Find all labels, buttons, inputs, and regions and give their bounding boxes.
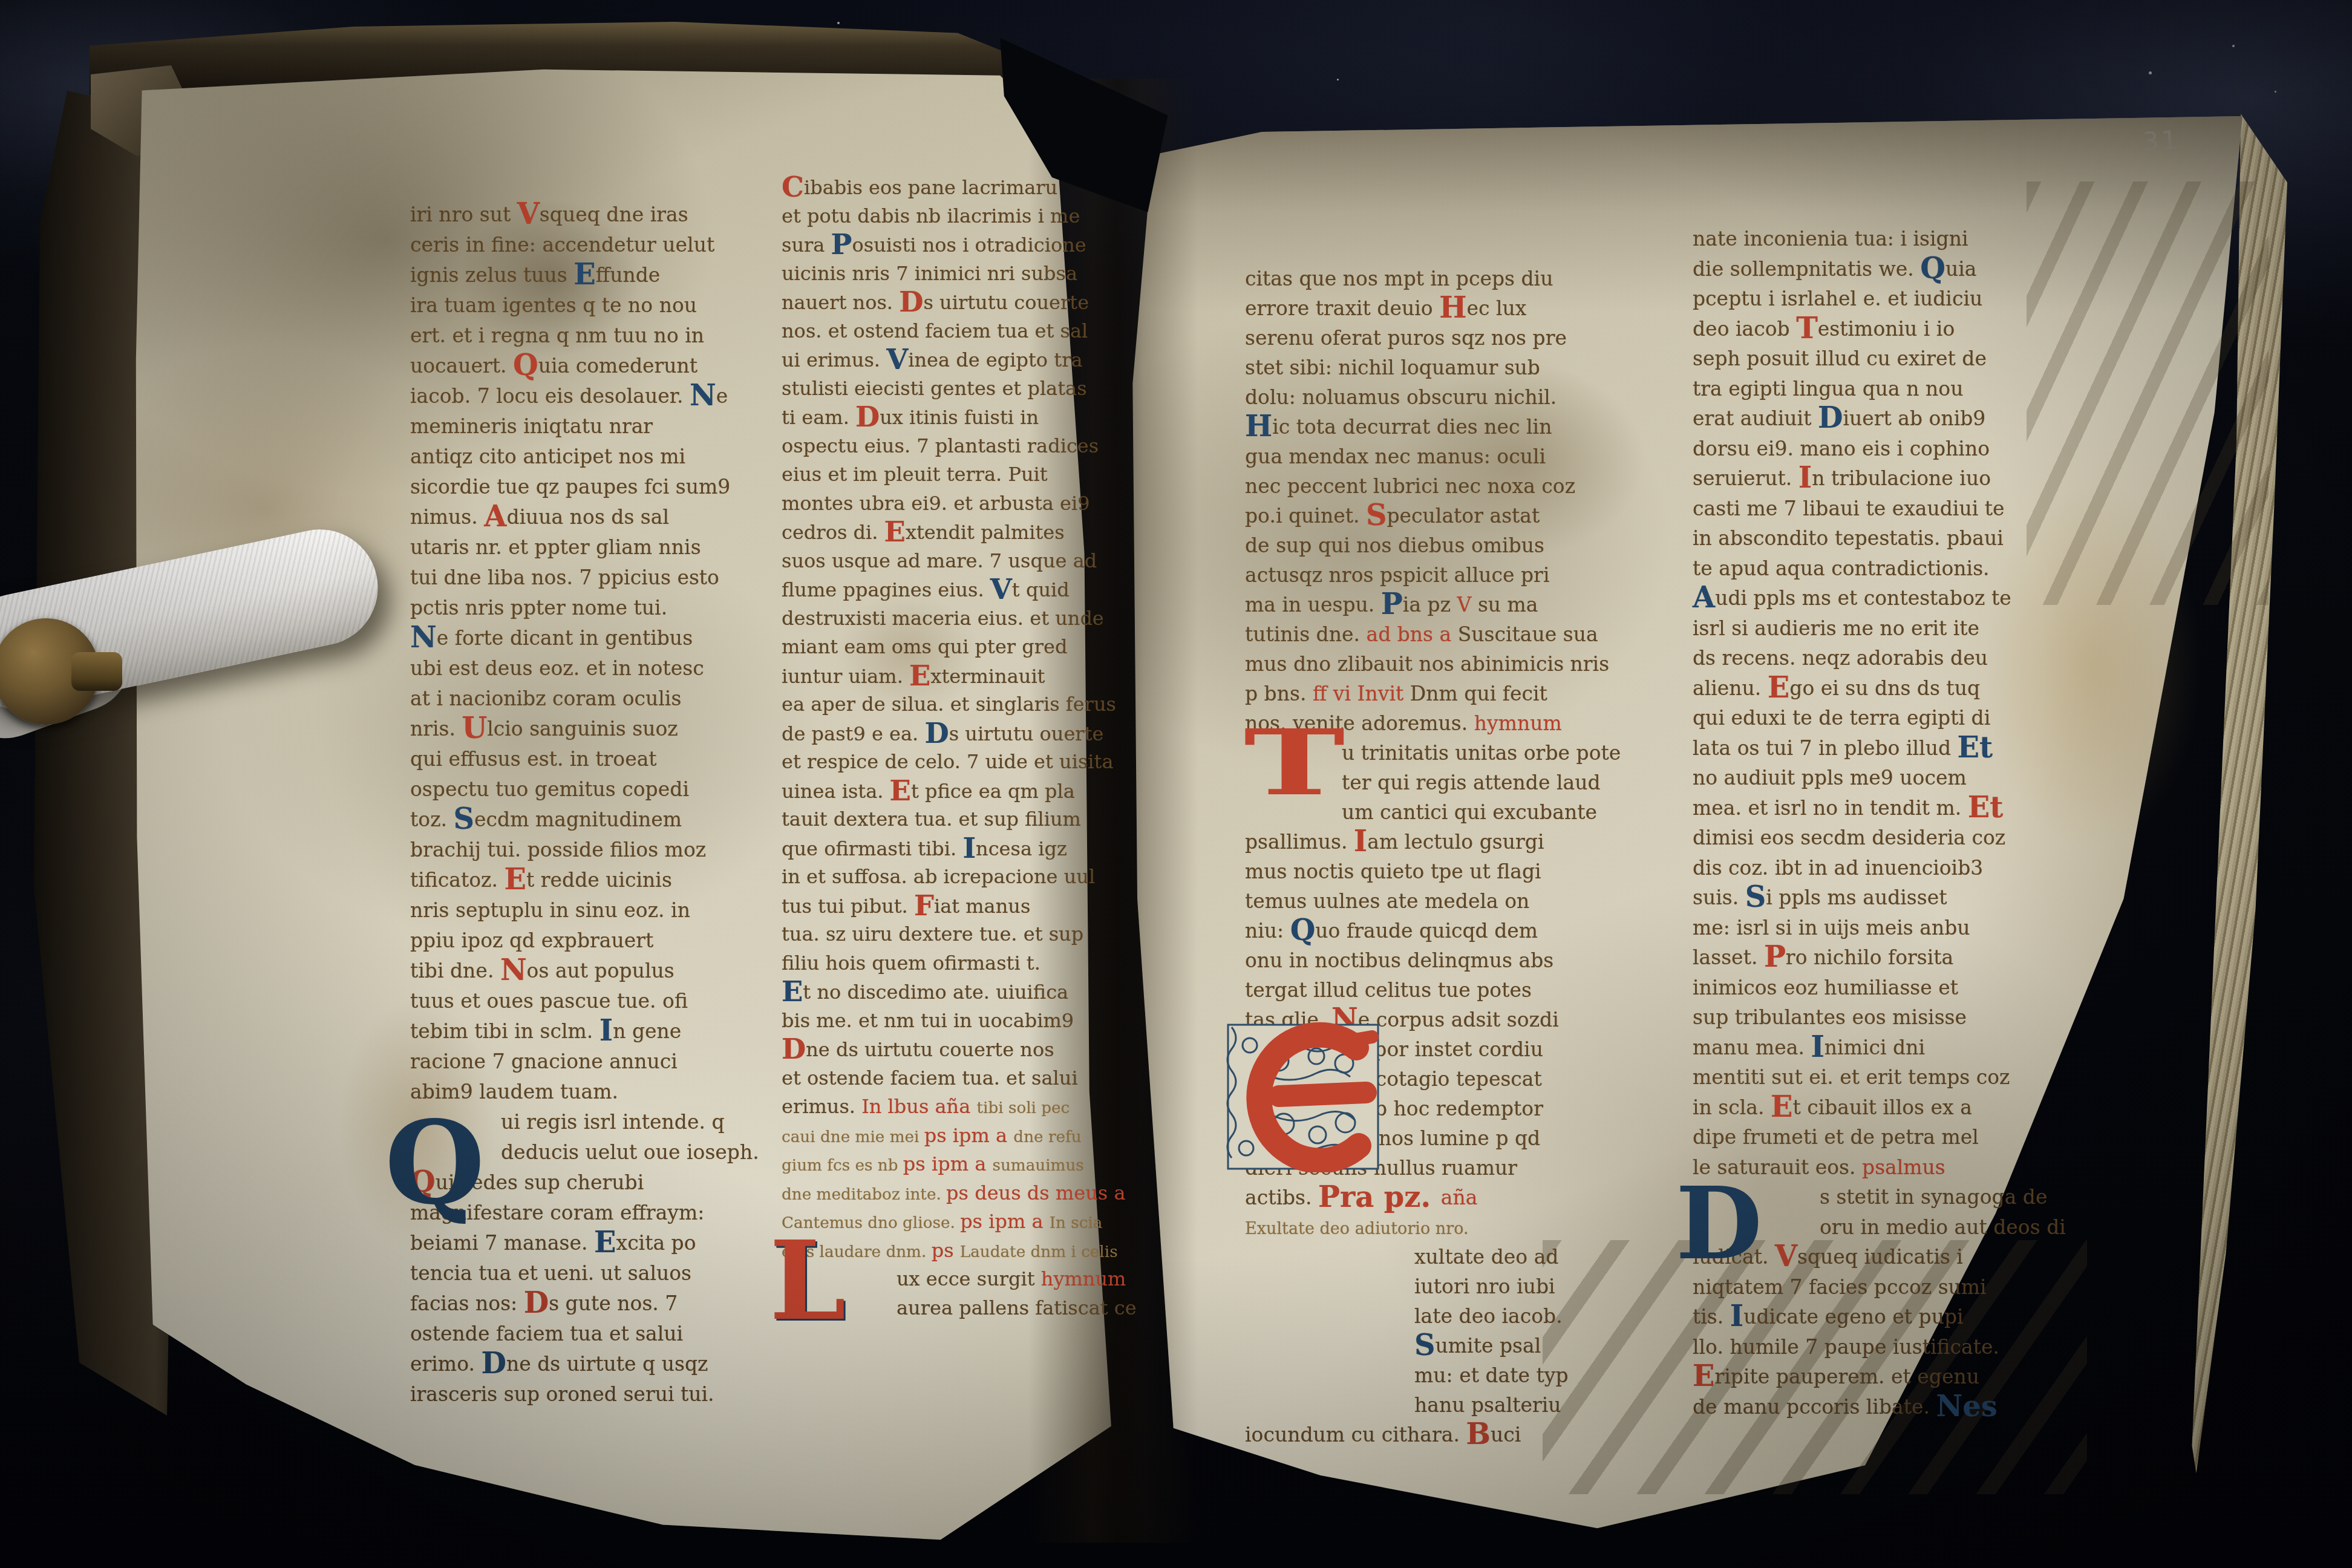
blue-initial-text: I xyxy=(599,1014,613,1048)
rubric-text: E xyxy=(909,659,930,692)
ink-text: xtendit palmites xyxy=(906,521,1065,544)
ink-text: nec peccent lubrici nec noxa coz xyxy=(1245,474,1575,498)
ink-text: go ei su dns ds tuq xyxy=(1789,676,1980,700)
ink-text: ubi est deus eoz. et in notesc xyxy=(410,656,704,680)
ink-text: ira tuam igentes q te no nou xyxy=(410,293,697,317)
manuscript-text-line: nauert nos. Ds uirtutu couerte xyxy=(782,288,1137,317)
rubric-text: F xyxy=(914,889,934,922)
blue-initial-text: A xyxy=(1693,581,1715,615)
manuscript-text-line: tencia tua et ueni. ut saluos xyxy=(410,1258,759,1289)
ink-text: cedros di. xyxy=(782,521,884,544)
manuscript-text-line: casti me 7 libaui te exaudiui te xyxy=(1693,494,2066,524)
ink-text: lata os tui 7 in plebo illud xyxy=(1693,736,1958,760)
blue-initial-text: Q xyxy=(1290,913,1316,947)
manuscript-text-line: nimus. Adiuua nos ds sal xyxy=(410,502,759,532)
manuscript-text-line: pctis nris ppter nome tui. xyxy=(410,593,759,623)
ink-text: in abscondito tepestatis. pbaui xyxy=(1693,526,2004,550)
rubric-text: P xyxy=(1764,940,1786,974)
blue-initial-text: Q xyxy=(1920,251,1945,285)
ink-text: um cantici qui excubante xyxy=(1342,800,1597,824)
ink-text: sumauimus xyxy=(992,1157,1083,1175)
manuscript-text-line: stet sibi: nichil loquamur sub xyxy=(1245,353,1621,382)
manuscript-text-line: at i nacionibz coram oculis xyxy=(410,684,759,714)
ink-text: qui eduxi te de terra egipti di xyxy=(1693,706,1990,730)
ink-text: peculator astat xyxy=(1387,504,1540,528)
ink-text: nauert nos. xyxy=(782,291,899,314)
rubric-text: E xyxy=(504,863,526,897)
ink-text: hanu psalteriu xyxy=(1414,1393,1561,1417)
manuscript-text-line: Sumite psal xyxy=(1245,1331,1621,1361)
manuscript-text-line: inimicos eoz humiliasse et xyxy=(1693,973,2066,1003)
manuscript-text-line: stulisti eiecisti gentes et platas xyxy=(782,374,1137,403)
ink-text: lcio sanguinis suoz xyxy=(487,717,678,740)
ink-text: montes ubra ei9. et arbusta ei9 xyxy=(782,492,1090,515)
rubric-text: E xyxy=(1768,670,1789,704)
manuscript-text-line: tis. Iudicate egeno et pupi xyxy=(1693,1302,2066,1332)
ink-text: me: isrl si in uijs meis anbu xyxy=(1693,916,1970,939)
manuscript-text-line: uicinis nris 7 inimici nri subsa xyxy=(782,260,1137,289)
manuscript-text-line: onu in noctibus delinqmus abs xyxy=(1245,946,1621,975)
ink-text: die sollempnitatis we. xyxy=(1693,257,1920,281)
manuscript-text-line: flume ppagines eius. Vt quid xyxy=(782,575,1137,604)
manuscript-text-line: tui dne liba nos. 7 ppicius esto xyxy=(410,563,759,593)
manuscript-text-line: Et no discedimo ate. uiuifica xyxy=(782,978,1137,1007)
ink-text: po.i quinet. xyxy=(1245,504,1366,528)
ink-text: mentiti sut ei. et erit temps coz xyxy=(1693,1065,2010,1089)
rubric-text: V xyxy=(517,197,540,231)
ink-text: p bns. xyxy=(1245,682,1313,705)
rubric-text: V xyxy=(1457,593,1478,616)
manuscript-text-line: mentiti sut ei. et erit temps coz xyxy=(1693,1062,2066,1093)
manuscript-text-line: citas que nos mpt in pceps diu xyxy=(1245,264,1621,293)
ink-text: t redde uicinis xyxy=(526,868,672,892)
ink-text: squeq dne iras xyxy=(540,203,688,226)
pencil-folio-number: 31 xyxy=(2141,125,2181,157)
ink-text: sup tribulantes eos misisse xyxy=(1693,1005,1967,1029)
blue-initial-text: S xyxy=(454,802,475,836)
rubric-text: ps deus ds meus a xyxy=(946,1181,1125,1204)
ink-text: nos. et ostend faciem tua et sal xyxy=(782,319,1088,342)
ink-text: suis. xyxy=(1693,886,1745,909)
ink-text: llo. humile 7 paupe iustificate. xyxy=(1693,1335,1999,1359)
manuscript-text-line: dis coz. ibt in ad inuencioib3 xyxy=(1693,853,2066,883)
ink-text: s stetit in synagoga de xyxy=(1820,1185,2047,1209)
blue-initial-text: D xyxy=(1818,401,1843,435)
ink-text: iat manus xyxy=(934,895,1030,918)
manuscript-text-line: bis me. et nm tui in uocabim9 xyxy=(782,1007,1137,1036)
manuscript-text-line: racione 7 gnacione annuci xyxy=(410,1047,759,1077)
ink-text: niu: xyxy=(1245,919,1290,942)
ink-text: de sup qui nos diebus omibus xyxy=(1245,534,1544,557)
rubric-text: H xyxy=(1439,291,1466,325)
manuscript-text-line: xultate deo ad xyxy=(1245,1242,1621,1272)
ink-text: et respice de celo. 7 uide et uisita xyxy=(782,750,1113,773)
manuscript-text-line: ignis zelus tuus Effunde xyxy=(410,260,759,290)
ink-text: mus noctis quieto tpe ut flagi xyxy=(1245,860,1541,883)
manuscript-text-line: gua mendax nec manus: oculi xyxy=(1245,442,1621,471)
ink-text: casti me 7 libaui te exaudiui te xyxy=(1693,497,2005,520)
left-page-column-2: Cibabis eos pane lacrimaruet potu dabis … xyxy=(782,173,1137,1322)
manuscript-text-line: uocauert. Quia comederunt xyxy=(410,351,759,381)
ink-text: nris. xyxy=(410,717,462,740)
manuscript-text-line: pceptu i isrlahel e. et iudiciu xyxy=(1693,284,2066,314)
manuscript-text-line: lata os tui 7 in plebo illud Et xyxy=(1693,733,2066,763)
blue-initial-text: N xyxy=(410,621,437,655)
ink-text: utaris nr. et ppter gliam nnis xyxy=(410,535,701,559)
blue-initial-text: V xyxy=(886,342,908,376)
ink-text: alienu. xyxy=(1693,676,1768,700)
blue-initial-text: P xyxy=(831,227,852,261)
manuscript-text-line: nris. Ulcio sanguinis suoz xyxy=(410,714,759,744)
ink-text: ospectu eius. 7 plantasti radices xyxy=(782,434,1099,457)
manuscript-text-line: uinea ista. Et pfice ea qm pla xyxy=(782,777,1137,806)
rubric-text: aña xyxy=(1441,1186,1478,1209)
dust-speck xyxy=(837,22,840,24)
ink-text: uia xyxy=(1945,257,1976,281)
rubric-text: B xyxy=(1466,1417,1490,1451)
ink-text: miant eam oms qui pter gred xyxy=(782,635,1067,658)
ink-text: t quid xyxy=(1012,578,1070,601)
rubric-text: ad bns a xyxy=(1366,622,1457,646)
ink-text: in scla. xyxy=(1693,1096,1771,1119)
rubric-text: In lbus aña xyxy=(861,1095,976,1118)
ink-text: ic tota decurrat dies nec lin xyxy=(1272,415,1552,439)
ink-text: deo iacob xyxy=(1693,317,1796,341)
blue-initial-text: H xyxy=(1245,410,1272,443)
ink-text: ostende faciem tua et salui xyxy=(410,1322,683,1345)
ink-text: caui dne mie mei xyxy=(782,1128,924,1146)
manuscript-text-line: montes ubra ei9. et arbusta ei9 xyxy=(782,489,1137,518)
rubric-text: ff vi Invit xyxy=(1313,682,1410,705)
ink-text: seph posuit illud cu exiret de xyxy=(1693,347,1987,370)
ink-text: actusqz nros pspicit alluce pri xyxy=(1245,563,1549,587)
ink-text: de manu pccoris libate. xyxy=(1693,1395,1936,1419)
ink-text: Laudate dnm i celis xyxy=(960,1243,1118,1261)
ink-text: filiu hois quem ofirmasti t. xyxy=(782,952,1040,975)
ink-text: tra egipti lingua qua n nou xyxy=(1693,377,1963,400)
ink-text: ppiu ipoz qd expbrauert xyxy=(410,929,653,952)
manuscript-text-line: psallimus. Iam lectulo gsurgi xyxy=(1245,827,1621,857)
ink-text: lasset. xyxy=(1693,946,1764,969)
ink-text: dimisi eos secdm desideria coz xyxy=(1693,826,2005,849)
manuscript-text-line: Hic tota decurrat dies nec lin xyxy=(1245,412,1621,442)
ink-text: actibs. xyxy=(1245,1186,1318,1209)
ink-text: late deo iacob. xyxy=(1414,1304,1563,1328)
blue-initial-text: S xyxy=(1745,880,1766,914)
manuscript-text-line: facias nos: Ds gute nos. 7 xyxy=(410,1289,759,1319)
manuscript-text-line: deo iacob Testimoniu i io xyxy=(1693,314,2066,344)
ink-text: seruierut. xyxy=(1693,466,1798,490)
ink-text: ospectu tuo gemitus copedi xyxy=(410,777,689,801)
rubric-text: E xyxy=(890,774,911,807)
ink-text: in et suffosa. ab icrepacione uul xyxy=(782,865,1095,888)
ink-text: uci xyxy=(1491,1423,1521,1446)
ink-text: destruxisti maceria eius. et unde xyxy=(782,607,1104,630)
manuscript-text-line: die sollempnitatis we. Quia xyxy=(1693,254,2066,284)
ink-text: uocauert. xyxy=(410,354,513,377)
manuscript-text-line: erimo. Dne ds uirtute q usqz xyxy=(410,1349,759,1379)
manuscript-text-line: ea aper de silua. et singlaris ferus xyxy=(782,690,1137,719)
rubric-text: E xyxy=(884,515,906,548)
rubric-text: psalmus xyxy=(1862,1155,1945,1179)
ink-text: e forte dicant in gentibus xyxy=(437,626,693,650)
manuscript-text-line: memineris iniqtatu nrar xyxy=(410,411,759,442)
ink-text: udi ppls ms et contestaboz te xyxy=(1715,586,2011,610)
blue-initial-text: V xyxy=(990,572,1012,606)
manuscript-text-line: tificatoz. Et redde uicinis xyxy=(410,865,759,895)
rubric-text: A xyxy=(484,500,506,534)
manuscript-text-line: Dne ds uirtutu couerte nos xyxy=(782,1035,1137,1064)
manuscript-text-line: mea. et isrl no in tendit m. Et xyxy=(1693,793,2066,823)
ink-text: tus tui pibut. xyxy=(782,895,914,918)
ink-text: tibi soli pec xyxy=(976,1099,1070,1117)
ink-text: ds recens. neqz adorabis deu xyxy=(1693,646,1988,670)
ink-text: dis coz. ibt in ad inuencioib3 xyxy=(1693,856,1983,880)
ink-text: qui effusus est. in troeat xyxy=(410,747,657,771)
manuscript-text-line: destruxisti maceria eius. et unde xyxy=(782,604,1137,633)
rubric-text: E xyxy=(1771,1089,1792,1123)
manuscript-text-line: actusqz nros pspicit alluce pri xyxy=(1245,560,1621,590)
ink-text: iuntur uiam. xyxy=(782,665,909,688)
ink-text: nimus. xyxy=(410,505,484,529)
manuscript-text-line: ui erimus. Vinea de egipto tra xyxy=(782,345,1137,374)
rubric-text: hymnum xyxy=(1041,1267,1126,1290)
ink-text: iuert ab onib9 xyxy=(1843,407,1985,430)
manuscript-text-line: ds recens. neqz adorabis deu xyxy=(1693,643,2066,673)
blue-initial-text: Nes xyxy=(1936,1389,1998,1423)
rubric-text: Q xyxy=(513,348,538,382)
ink-text: ui erimus. xyxy=(782,348,886,371)
large-red-initial-T: T xyxy=(1244,717,1345,808)
ink-text: aurea pallens fatiscat ce xyxy=(897,1296,1137,1319)
ink-text: t pfice ea qm pla xyxy=(911,780,1075,803)
manuscript-text-line: iri nro sut Vsqueq dne iras xyxy=(410,200,759,230)
manuscript-text-line: no audiuit ppls me9 uocem xyxy=(1693,763,2066,793)
blue-initial-text: I xyxy=(1811,1030,1824,1063)
ink-text: dne meditaboz inte. xyxy=(782,1186,946,1204)
ink-text: deducis uelut oue ioseph. xyxy=(501,1140,759,1164)
manuscript-text-line: erimus. In lbus aña tibi soli pec xyxy=(782,1093,1137,1122)
dust-speck xyxy=(2232,45,2235,47)
ink-text: tauit dextera tua. et sup filium xyxy=(782,808,1081,831)
ink-text: ux itinis fuisti in xyxy=(880,406,1039,429)
manuscript-text-line: tutinis dne. ad bns a Suscitaue sua xyxy=(1245,619,1621,649)
rubric-text: hymnum xyxy=(1474,711,1562,735)
blue-initial-text: D xyxy=(924,716,949,750)
ink-text: squeq iudicatis i xyxy=(1797,1245,1963,1269)
ink-text: Dnm qui fecit xyxy=(1410,682,1547,705)
ink-text: toz. xyxy=(410,808,454,831)
rubric-text: S xyxy=(1366,498,1387,532)
ink-text: erimus. xyxy=(782,1095,861,1118)
manuscript-text-line: cedros di. Extendit palmites xyxy=(782,518,1137,547)
manuscript-text-line: gium fcs es nb ps ipm a sumauimus xyxy=(782,1150,1137,1179)
ink-text: tebim tibi in sclm. xyxy=(410,1019,599,1043)
ink-text: stulisti eiecisti gentes et platas xyxy=(782,377,1087,400)
ink-text: eius et im pleuit terra. Puit xyxy=(782,463,1048,486)
rubric-text: I xyxy=(1798,461,1812,495)
manuscript-text-line: ma in uespu. Pia pz V su ma xyxy=(1245,590,1621,619)
ink-text: iutori nro iubi xyxy=(1414,1275,1555,1298)
ink-text: n gene xyxy=(613,1019,681,1043)
blue-initial-text: N xyxy=(690,379,716,413)
rubric-text: Pra pz. xyxy=(1318,1180,1441,1214)
ink-text: erimo. xyxy=(410,1352,481,1376)
manuscript-text-line: mus dno zlibauit nos abinimicis nris xyxy=(1245,649,1621,679)
manuscript-text-line: mu: et date typ xyxy=(1245,1361,1621,1390)
manuscript-text-line: tra egipti lingua qua n nou xyxy=(1693,374,2066,404)
manuscript-text-line: iocundum cu cithara. Buci xyxy=(1245,1420,1621,1449)
ink-text: ignis zelus tuus xyxy=(410,263,573,287)
manuscript-text-line: suis. Si ppls ms audisset xyxy=(1693,883,2066,913)
manuscript-text-line: temus uulnes ate medela on xyxy=(1245,886,1621,916)
ink-text: udicate egeno et pupi xyxy=(1743,1305,1964,1328)
manuscript-text-line: tua. sz uiru dextere tue. et sup xyxy=(782,920,1137,949)
blue-initial-text: S xyxy=(1414,1328,1436,1362)
manuscript-text-line: nate inconienia tua: i isigni xyxy=(1693,224,2066,254)
ink-text: gua mendax nec manus: oculi xyxy=(1245,445,1546,468)
ink-text: tergat illud celitus tue potes xyxy=(1245,978,1532,1002)
right-page-column-1: citas que nos mpt in pceps diuerrore tra… xyxy=(1245,264,1621,1449)
ink-text: sicordie tue qz paupes fci sum9 xyxy=(410,475,730,498)
ink-text: ffunde xyxy=(596,263,661,287)
brass-knob-stem xyxy=(71,652,122,691)
manuscript-text-line: ppiu ipoz qd expbrauert xyxy=(410,926,759,956)
ink-text: umite psal xyxy=(1436,1334,1541,1357)
manuscript-text-line: in et suffosa. ab icrepacione uul xyxy=(782,863,1137,892)
blue-initial-text: E xyxy=(573,258,595,292)
manuscript-text-line: mus noctis quieto tpe ut flagi xyxy=(1245,857,1621,886)
ink-text: nate inconienia tua: i isigni xyxy=(1693,227,1968,250)
manuscript-text-line: hanu psalteriu xyxy=(1245,1390,1621,1420)
manuscript-text-line: tergat illud celitus tue potes xyxy=(1245,975,1621,1005)
ink-text: te apud aqua contradictionis. xyxy=(1693,557,1990,580)
ink-text: xultate deo ad xyxy=(1414,1245,1558,1269)
ink-text: iacob. 7 locu eis desolauer. xyxy=(410,384,690,408)
ink-text: nimici dni xyxy=(1824,1036,1925,1059)
ink-text: ripite pauperem. et egenu xyxy=(1714,1365,1979,1388)
manuscript-text-line: actibs. Pra pz. aña xyxy=(1245,1183,1621,1212)
manuscript-text-line: serenu oferat puros sqz nos pre xyxy=(1245,323,1621,353)
manuscript-text-line: sicordie tue qz paupes fci sum9 xyxy=(410,472,759,502)
manuscript-text-line: ospectu tuo gemitus copedi xyxy=(410,774,759,805)
ink-text: ceris in fine: accendetur uelut xyxy=(410,233,714,256)
ink-text: iri nro sut xyxy=(410,203,517,226)
manuscript-text-line: po.i quinet. Speculator astat xyxy=(1245,501,1621,531)
manuscript-text-line: suos usque ad mare. 7 usque ad xyxy=(782,547,1137,576)
manuscript-text-line: brachij tui. posside filios moz xyxy=(410,835,759,865)
ink-text: tuus et oues pascue tue. ofi xyxy=(410,989,688,1013)
rubric-text: N xyxy=(500,953,527,987)
rubric-text: D xyxy=(899,285,923,318)
ink-text: ux ecce surgit xyxy=(897,1267,1041,1290)
manuscript-text-line: erat audiuit Diuert ab onib9 xyxy=(1693,403,2066,434)
manuscript-text-line: tus tui pibut. Fiat manus xyxy=(782,892,1137,921)
dust-speck xyxy=(2149,71,2152,74)
manuscript-text-line: p bns. ff vi Invit Dnm qui fecit xyxy=(1245,679,1621,708)
ink-text: et potu dabis nb ilacrimis i me xyxy=(782,204,1080,227)
ink-text: beiami 7 manase. xyxy=(410,1231,594,1255)
rubric-text: T xyxy=(1796,311,1818,345)
ink-text: racione 7 gnacione annuci xyxy=(410,1050,678,1073)
ink-text: serenu oferat puros sqz nos pre xyxy=(1245,326,1567,350)
ink-text: no audiuit ppls me9 uocem xyxy=(1693,766,1967,789)
ink-text: dorsu ei9. mano eis i cophino xyxy=(1693,437,1990,460)
manuscript-text-line: lasset. Pro nichilo forsita xyxy=(1693,942,2066,973)
ink-text: uo fraude quicqd dem xyxy=(1315,919,1538,942)
blue-initial-text: I xyxy=(962,831,976,864)
manuscript-text-line: iacob. 7 locu eis desolauer. Ne xyxy=(410,381,759,411)
ink-text: erat audiuit xyxy=(1693,407,1818,430)
manuscript-text-line: filiu hois quem ofirmasti t. xyxy=(782,949,1137,978)
manuscript-text-line: dorsu ei9. mano eis i cophino xyxy=(1693,434,2066,464)
manuscript-text-line: alienu. Ego ei su dns ds tuq xyxy=(1693,673,2066,704)
rubric-text: U xyxy=(462,711,488,745)
manuscript-text-line: beiami 7 manase. Excita po xyxy=(410,1228,759,1258)
ink-text: ro nichilo forsita xyxy=(1786,946,1953,969)
ink-text: t no discedimo ate. uiuifica xyxy=(803,981,1068,1004)
ink-text: os aut populus xyxy=(527,959,675,982)
ink-text: tui dne liba nos. 7 ppicius esto xyxy=(410,566,719,589)
ink-text: irasceris sup oroned serui tui. xyxy=(410,1382,714,1406)
ink-text: ibabis eos pane lacrimaru xyxy=(804,176,1057,199)
manuscript-text-line: qui eduxi te de terra egipti di xyxy=(1693,703,2066,733)
manuscript-text-line: errore traxit deuio Hec lux xyxy=(1245,293,1621,323)
manuscript-text-line: miant eam oms qui pter gred xyxy=(782,633,1137,662)
blue-initial-text: I xyxy=(1730,1299,1743,1333)
manuscript-text-line: ert. et i regna q nm tuu no in xyxy=(410,321,759,351)
manuscript-text-line: de past9 e ea. Ds uirtutu ouerte xyxy=(782,719,1137,748)
rubric-text: ps xyxy=(932,1239,960,1262)
ink-text: Exultate deo adiutorio nro. xyxy=(1245,1220,1469,1238)
manuscript-text-line: tauit dextera tua. et sup filium xyxy=(782,805,1137,834)
ink-text: pctis nris ppter nome tui. xyxy=(410,596,667,619)
ink-text: n tribulacione iuo xyxy=(1812,466,1991,490)
photograph-of-open-medieval-manuscript: iri nro sut Vsqueq dne irasceris in fine… xyxy=(0,0,2352,1568)
manuscript-text-line: dne meditaboz inte. ps deus ds meus a xyxy=(782,1179,1137,1208)
ink-text: ec lux xyxy=(1466,296,1526,320)
ink-text: ter qui regis attende laud xyxy=(1342,771,1601,794)
decorated-initial-E-panel xyxy=(1226,1021,1382,1172)
manuscript-text-line: nec peccent lubrici nec noxa coz xyxy=(1245,471,1621,501)
ink-text: inea de egipto tra xyxy=(908,348,1082,371)
ink-text: oru in medio aut deos di xyxy=(1820,1215,2066,1239)
ink-text: s uirtutu ouerte xyxy=(949,722,1104,745)
manuscript-text-line: nos. et ostend faciem tua et sal xyxy=(782,317,1137,346)
manuscript-text-line: ospectu eius. 7 plantasti radices xyxy=(782,432,1137,461)
manuscript-text-line: sup tribulantes eos misisse xyxy=(1693,1002,2066,1033)
blue-initial-text: P xyxy=(1381,587,1403,621)
manuscript-text-line: iutori nro iubi xyxy=(1245,1272,1621,1301)
ink-text: isrl si audieris me no erit ite xyxy=(1693,616,1979,640)
manuscript-text-line: nris septuplu in sinu eoz. in xyxy=(410,895,759,926)
large-blue-initial-Q: Q xyxy=(385,1106,485,1221)
ink-text: memineris iniqtatu nrar xyxy=(410,414,653,438)
ink-text: mus dno zlibauit nos abinimicis nris xyxy=(1245,652,1609,676)
manuscript-text-line: ti eam. Dux itinis fuisti in xyxy=(782,403,1137,432)
ink-text: bis me. et nm tui in uocabim9 xyxy=(782,1009,1074,1032)
manuscript-text-line: me: isrl si in uijs meis anbu xyxy=(1693,913,2066,943)
ink-text: errore traxit deuio xyxy=(1245,296,1439,320)
rubric-text: D xyxy=(855,400,880,433)
ink-text: tibi dne. xyxy=(410,959,500,982)
ink-text: am lectulo gsurgi xyxy=(1367,830,1544,854)
ink-text: u trinitatis unitas orbe pote xyxy=(1342,741,1621,765)
ink-text: citas que nos mpt in pceps diu xyxy=(1245,267,1553,290)
manuscript-text-line: tebim tibi in sclm. In gene xyxy=(410,1016,759,1047)
ink-text: suos usque ad mare. 7 usque ad xyxy=(782,549,1097,572)
ink-text: nris septuplu in sinu eoz. in xyxy=(410,898,690,922)
